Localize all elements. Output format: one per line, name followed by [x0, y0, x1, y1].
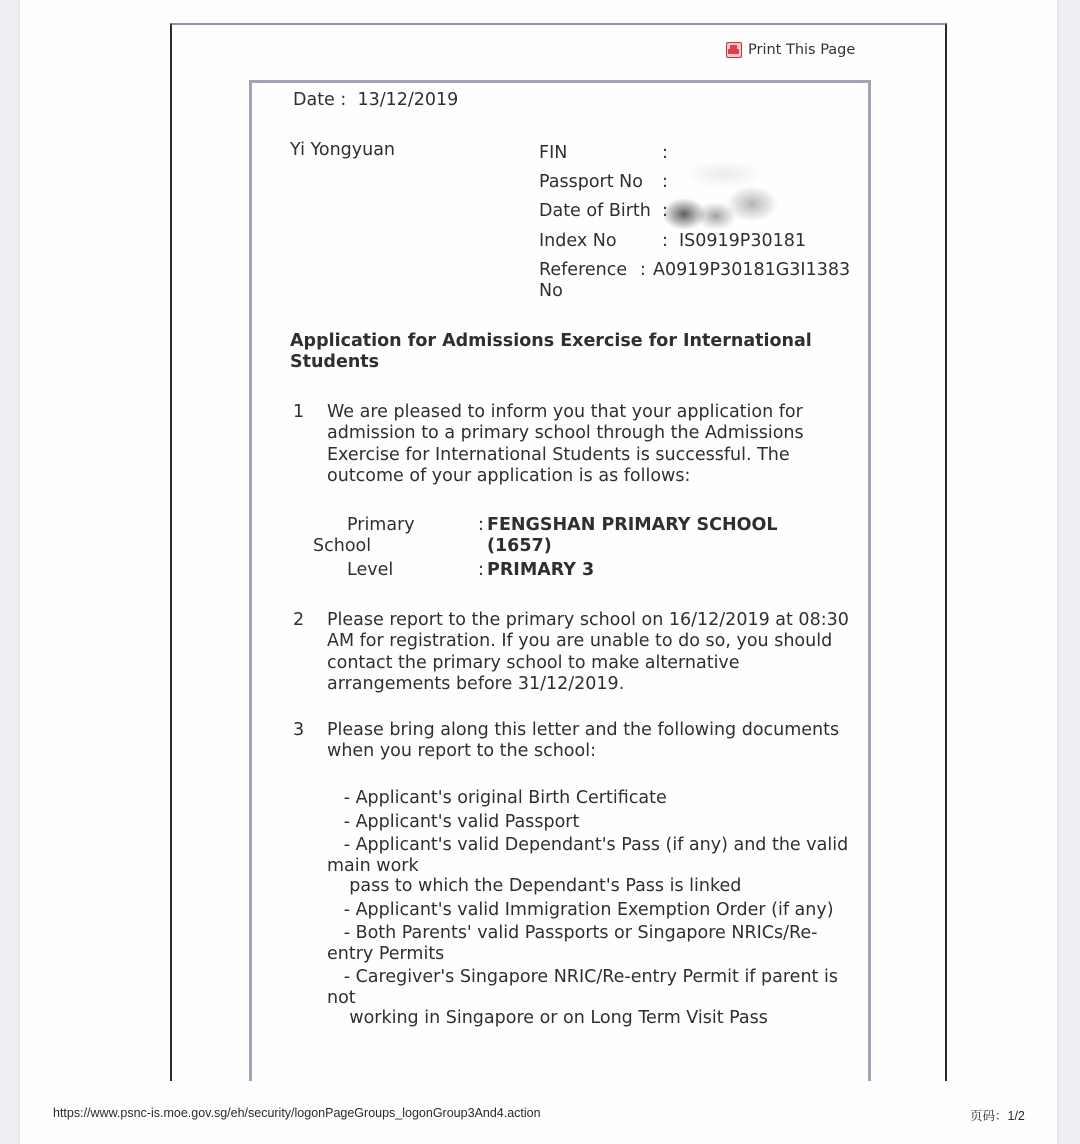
school-label-line2: School [313, 536, 371, 557]
redacted-personal-info [664, 160, 788, 236]
reference-label-line1: Reference [539, 260, 627, 281]
paragraph-3: Please bring along this letter and the f… [327, 720, 842, 763]
paragraph-3-number: 3 [293, 720, 304, 741]
document-item-line: main work [327, 856, 842, 877]
document-item: - Caregiver's Singapore NRIC/Re-entry Pe… [327, 967, 842, 1029]
paragraph-2-number: 2 [293, 610, 304, 631]
document-item: - Applicant's valid Immigration Exemptio… [327, 900, 842, 921]
subject-line1: Application for Admissions Exercise for … [290, 331, 812, 352]
document-item: - Applicant's valid Dependant's Pass (if… [327, 835, 842, 897]
date-line: Date : 13/12/2019 [293, 90, 458, 111]
document-item-line: - Applicant's valid Dependant's Pass (if… [327, 835, 842, 856]
paragraph-1-number: 1 [293, 402, 304, 423]
document-item-line: working in Singapore or on Long Term Vis… [327, 1008, 842, 1029]
dob-label: Date of Birth [539, 201, 651, 222]
paragraph-1-line: outcome of your application is as follow… [327, 466, 842, 487]
index-colon: : [662, 231, 668, 252]
paragraph-3-line: when you report to the school: [327, 741, 842, 762]
print-footer-url: https://www.psnc-is.moe.gov.sg/eh/securi… [53, 1106, 541, 1120]
index-label: Index No [539, 231, 617, 252]
required-documents-list: - Applicant's original Birth Certificate… [327, 788, 842, 1032]
reference-value: A0919P30181G3I1383 [653, 260, 850, 281]
document-item: - Applicant's valid Passport [327, 812, 842, 833]
fin-label: FIN [539, 143, 567, 164]
document-item-line: entry Permits [327, 944, 842, 965]
school-colon: : [478, 515, 484, 536]
paragraph-2: Please report to the primary school on 1… [327, 610, 842, 695]
school-value-line1: FENGSHAN PRIMARY SCHOOL [487, 515, 778, 536]
document-item: - Both Parents' valid Passports or Singa… [327, 923, 842, 964]
paragraph-2-line: contact the primary school to make alter… [327, 653, 842, 674]
paragraph-3-line: Please bring along this letter and the f… [327, 720, 842, 741]
paragraph-2-line: arrangements before 31/12/2019. [327, 674, 842, 695]
document-item-line: - Caregiver's Singapore NRIC/Re-entry Pe… [327, 967, 842, 988]
reference-label-line2: No [539, 281, 563, 302]
print-link-label: Print This Page [748, 42, 855, 58]
document-item-line: - Applicant's original Birth Certificate [327, 788, 842, 809]
document-item-line: - Both Parents' valid Passports or Singa… [327, 923, 842, 944]
paragraph-2-line: AM for registration. If you are unable t… [327, 631, 842, 652]
level-label: Level [347, 560, 393, 581]
level-value: PRIMARY 3 [487, 560, 594, 581]
paragraph-1-line: admission to a primary school through th… [327, 423, 842, 444]
date-label: Date : [293, 90, 346, 110]
school-label-line1: Primary [347, 515, 415, 536]
paragraph-1-line: Exercise for International Students is s… [327, 445, 842, 466]
subject-line2: Students [290, 352, 379, 373]
document-item-line: - Applicant's valid Immigration Exemptio… [327, 900, 842, 921]
index-value: IS0919P30181 [679, 231, 806, 252]
document-item: - Applicant's original Birth Certificate [327, 788, 842, 809]
reference-colon: : [640, 260, 646, 281]
paragraph-1: We are pleased to inform you that your a… [327, 402, 842, 487]
paragraph-2-line: Please report to the primary school on 1… [327, 610, 842, 631]
document-item-line: - Applicant's valid Passport [327, 812, 842, 833]
school-value-line2: (1657) [487, 536, 552, 557]
passport-label: Passport No [539, 172, 643, 193]
document-item-line: pass to which the Dependant's Pass is li… [327, 876, 842, 897]
paragraph-1-line: We are pleased to inform you that your a… [327, 402, 842, 423]
level-colon: : [478, 560, 484, 581]
printer-icon [726, 42, 742, 58]
document-item-line: not [327, 988, 842, 1009]
print-footer-page-indicator: 页码：1/2 [970, 1106, 1025, 1124]
print-this-page-link[interactable]: Print This Page [726, 42, 855, 58]
date-value: 13/12/2019 [357, 90, 458, 110]
applicant-name: Yi Yongyuan [290, 140, 395, 161]
